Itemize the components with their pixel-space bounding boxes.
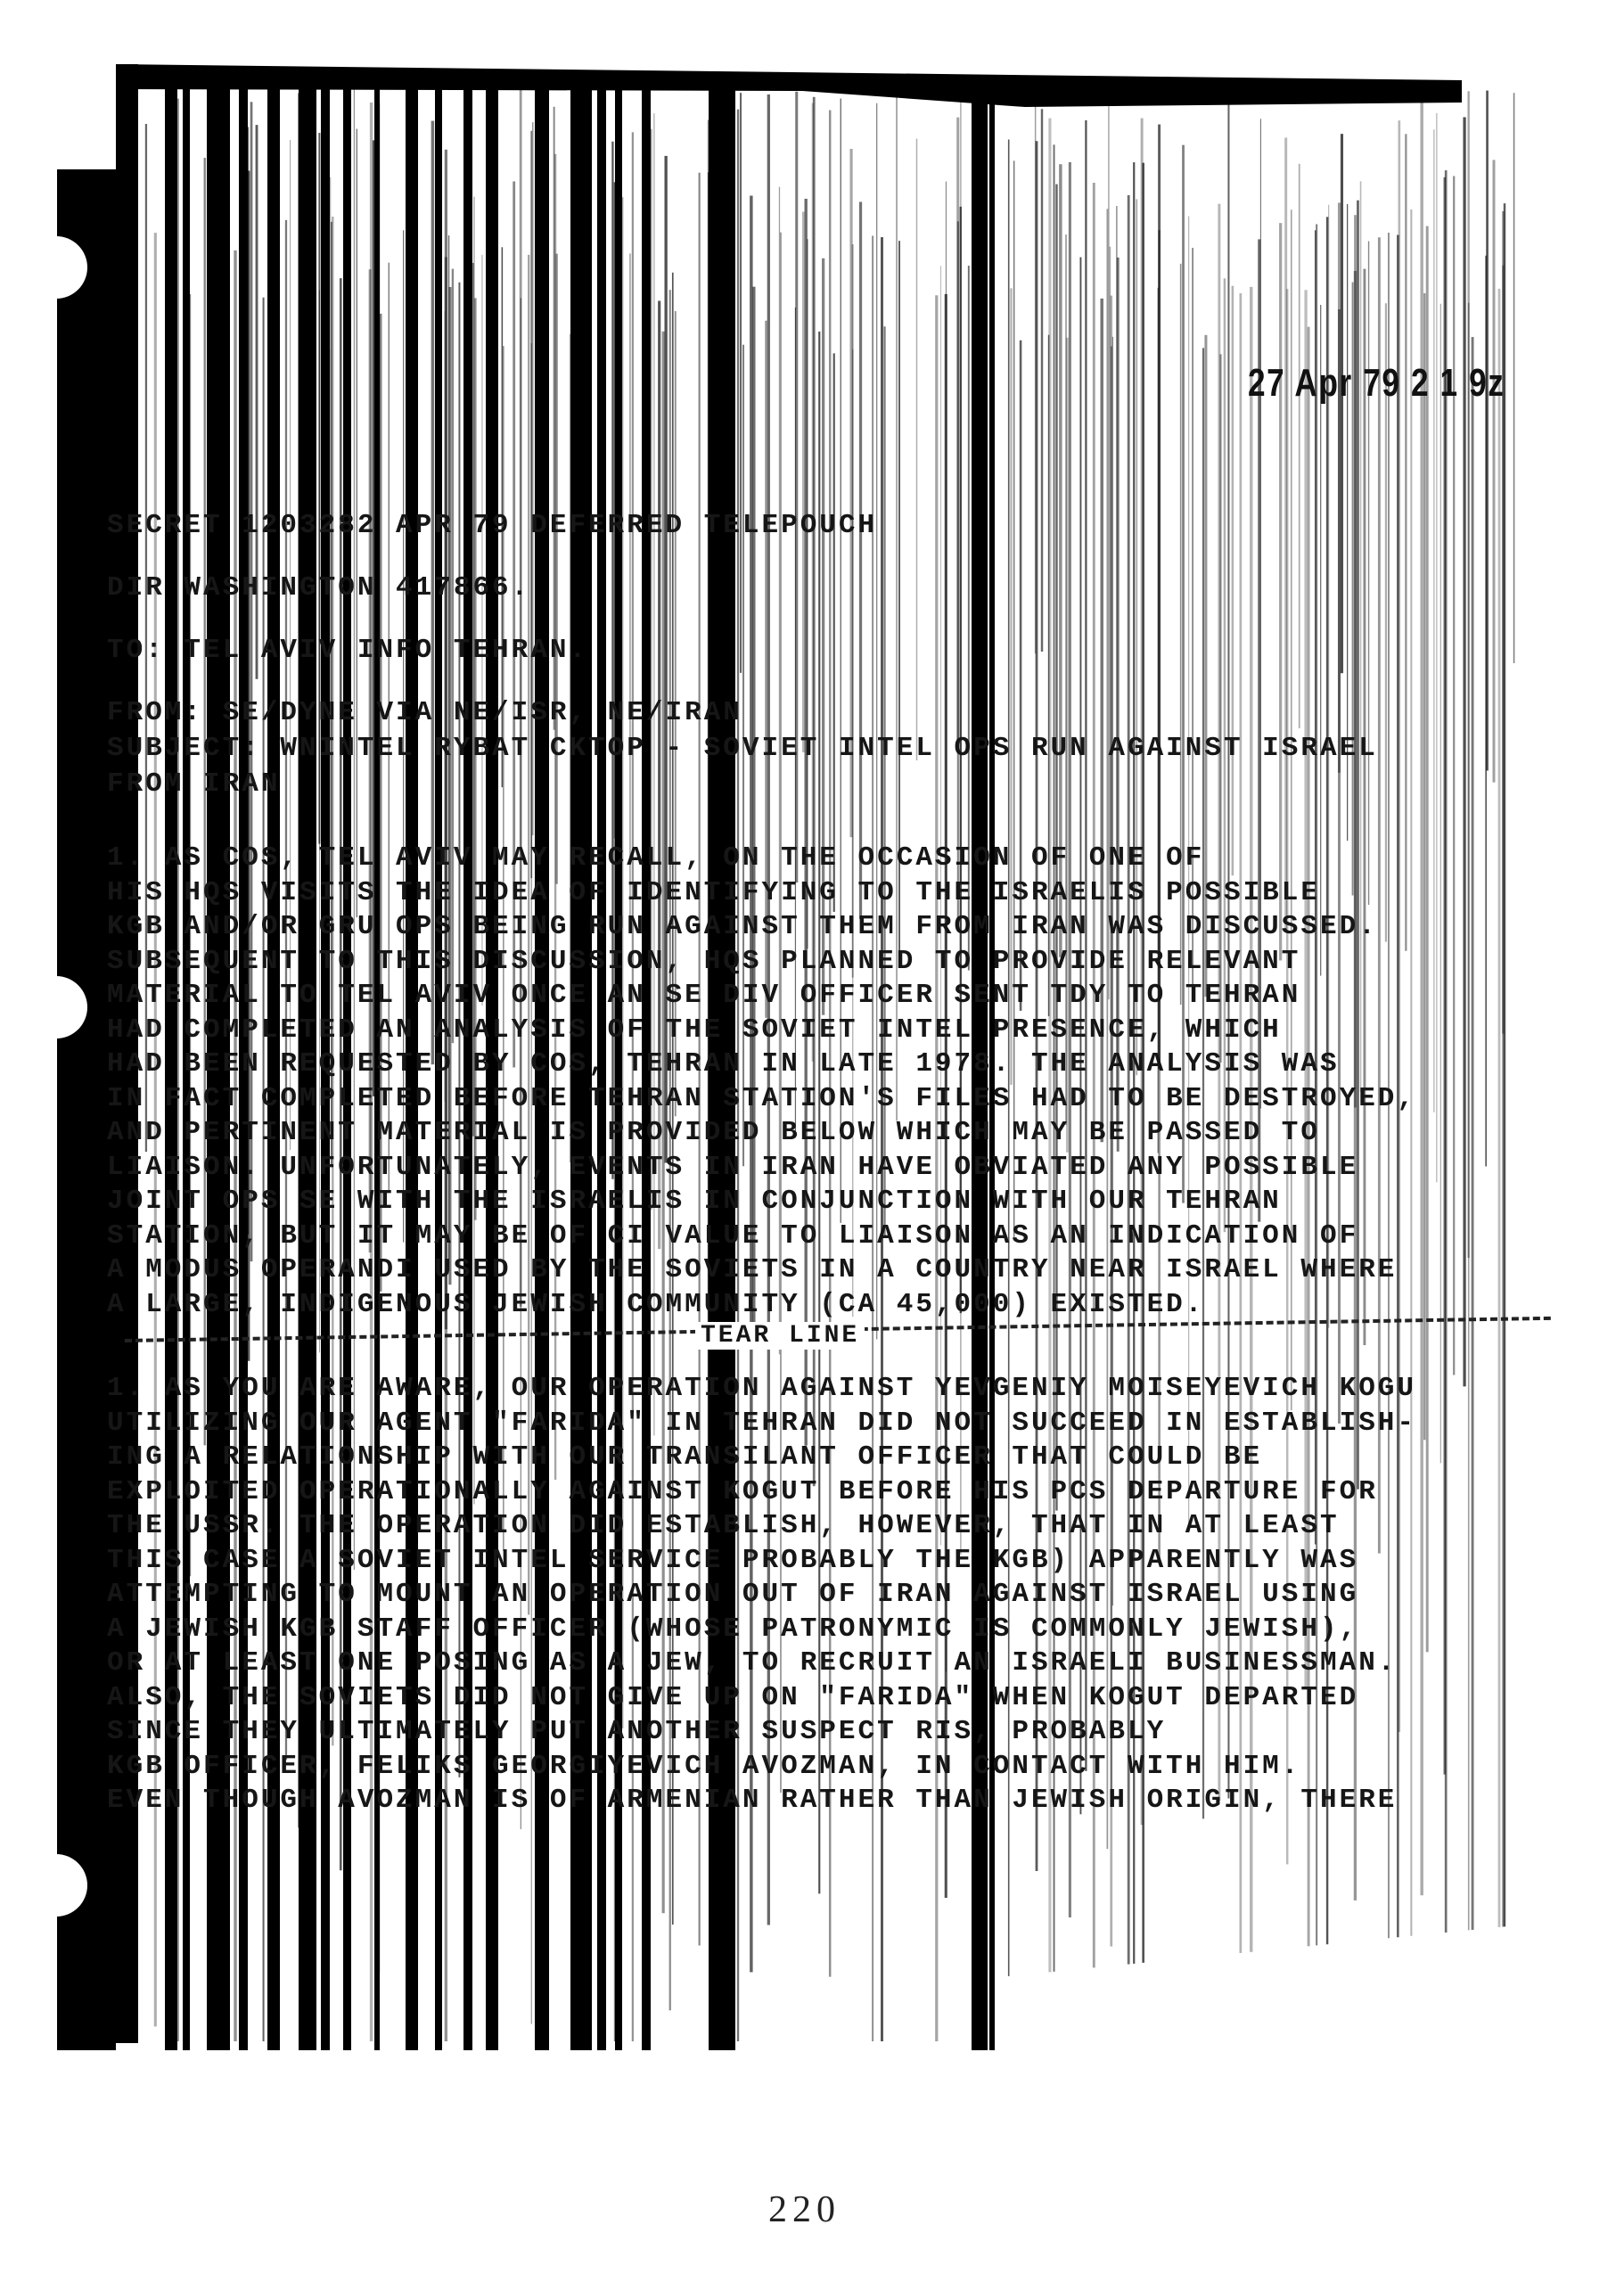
paragraph-line: JOINT OPS SE WITH THE ISRAELIS IN CONJUN…	[107, 1186, 1282, 1217]
paragraph-line: EXPLOITED OPERATIONALLY AGAINST KOGUT BE…	[107, 1476, 1378, 1507]
header-line: FROM: SE/DYNE VIA NE/ISR, NE/IRAN	[107, 697, 742, 728]
page-number: 220	[768, 2188, 841, 2231]
paragraph-line: IN FACT COMPLETED BEFORE TEHRAN STATION'…	[107, 1083, 1416, 1114]
paragraph-line: A JEWISH KGB STAFF OFFICER (WHOSE PATRON…	[107, 1613, 1358, 1645]
subject-line: SUBJECT: WNINTEL RYBAT CKTOP - SOVIET IN…	[107, 733, 1378, 764]
paragraph-line: A MODUS OPERANDI USED BY THE SOVIETS IN …	[107, 1254, 1397, 1285]
paragraph-line: LIAISON. UNFORTUNATELY, EVENTS IN IRAN H…	[107, 1152, 1358, 1183]
paragraph-line: A LARGE, INDIGENOUS JEWISH COMMUNITY (CA…	[107, 1289, 1204, 1320]
paragraph-line: EVEN THOUGH AVOZMAN IS OF ARMENIAN RATHE…	[107, 1785, 1397, 1816]
paragraph-line: ALSO, THE SOVIETS DID NOT GIVE UP ON "FA…	[107, 1682, 1358, 1713]
paragraph-line: THIS CASE A SOVIET INTEL SERVICE PROBABL…	[107, 1545, 1358, 1576]
subject-line: FROM IRAN	[107, 768, 280, 800]
paragraph-line: 1. AS COS, TEL AVIV MAY RECALL, ON THE O…	[107, 842, 1204, 874]
paragraph-line: HAD BEEN REQUESTED BY COS, TEHRAN IN LAT…	[107, 1048, 1340, 1079]
paragraph-line: MATERIAL TO TEL AVIV ONCE AN SE DIV OFFI…	[107, 980, 1300, 1011]
paragraph-line: STATION, BUT IT MAY BE OF CI VALUE TO LI…	[107, 1220, 1358, 1252]
header-line: TO: TEL AVIV INFO TEHRAN.	[107, 635, 588, 666]
paragraph-line: SUBSEQUENT TO THIS DISCUSSION, HQS PLANN…	[107, 946, 1300, 977]
header-line: SECRET 1203282 APR 79 DEFERRED TELEPOUCH	[107, 510, 877, 541]
paragraph-line: THE USSR. THE OPERATION DID ESTABLISH, H…	[107, 1510, 1340, 1541]
paragraph-line: KGB OFFICER, FELIKS GEORGIYEVICH AVOZMAN…	[107, 1751, 1300, 1782]
time-stamp: 27 Apr 79 2 1 9z	[1248, 361, 1505, 406]
paragraph-line: SINCE THEY ULTIMATELY PUT ANOTHER SUSPEC…	[107, 1716, 1166, 1747]
header-line: DIR WASHINGTON 417866.	[107, 572, 530, 603]
paragraph-line: OR AT LEAST ONE POSING AS A JEW, TO RECR…	[107, 1647, 1397, 1679]
paragraph-line: HAD COMPLETED AN ANALYSIS OF THE SOVIET …	[107, 1014, 1282, 1046]
paragraph-line: ING A RELATIONSHIP WITH OUR TRANSILANT O…	[107, 1441, 1262, 1473]
paragraph-line: UTILIZING OUR AGENT "FARIDA" IN TEHRAN D…	[107, 1408, 1416, 1439]
paragraph-line: 1. AS YOU ARE AWARE, OUR OPERATION AGAIN…	[107, 1373, 1416, 1404]
scanned-cable-page: 27 Apr 79 2 1 9z TEAR LINE 220 SECRET 12…	[0, 0, 1624, 2282]
paragraph-line: ATTEMPTING TO MOUNT AN OPERATION OUT OF …	[107, 1579, 1358, 1610]
tear-line-label: TEAR LINE	[695, 1322, 865, 1350]
paragraph-line: AND PERTINENT MATERIAL IS PROVIDED BELOW…	[107, 1117, 1320, 1148]
paragraph-line: KGB AND/OR GRU OPS BEING RUN AGAINST THE…	[107, 911, 1378, 942]
paragraph-line: HIS HQS VISITS THE IDEA OF IDENTIFYING T…	[107, 877, 1320, 908]
